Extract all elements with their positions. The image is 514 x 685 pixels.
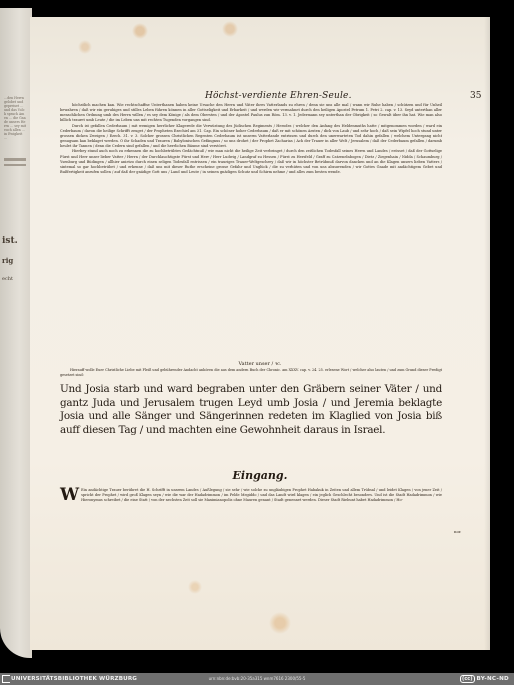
section-title: Eingang. <box>30 469 490 482</box>
footer-bar: UNIVERSITÄTSBIBLIOTHEK WÜRZBURG urn:nbn:… <box>0 673 514 685</box>
running-head: Höchst-verdiente Ehren-Seule. <box>205 91 352 101</box>
body-paragraph: Durch ist gefallen Cederbaum / mit wemig… <box>60 124 442 150</box>
image-viewer[interactable]: …den Herrn gelobet und gepreiset … und d… <box>0 0 514 673</box>
scripture-citation: Hierauff wolle Euer Christliche Liebe mi… <box>60 368 442 377</box>
drop-cap: W <box>60 488 79 503</box>
creative-commons-icon: (cc) <box>460 675 475 683</box>
facing-page-fragment: echt <box>2 276 13 282</box>
prayer-line: Vatter unser / ꝛc. <box>30 361 490 367</box>
scripture-text: Und Josia starb und ward begraben unter … <box>60 383 442 437</box>
page-edge-shadow <box>484 17 490 650</box>
catchword: nor. <box>454 529 461 534</box>
license-link[interactable]: (cc) BY-NC-ND <box>460 675 509 683</box>
facing-page-rule <box>4 158 26 161</box>
body-paragraph: Hierbey stund auch noch zu erkennen die … <box>60 149 442 175</box>
body-paragraph: höchstlich machen kan. Wie rechtschaffne… <box>60 103 442 124</box>
license-label: BY-NC-ND <box>477 675 509 683</box>
facing-page-edge: …den Herrn gelobet und gepreiset … und d… <box>0 8 32 658</box>
page-number: 35 <box>470 91 481 101</box>
facing-page-text: …den Herrn gelobet und gepreiset … und d… <box>4 96 26 156</box>
body-text: höchstlich machen kan. Wie rechtschaffne… <box>60 103 442 175</box>
facing-page-fragment: rig <box>2 256 13 265</box>
intro-text: Ein andächtige Trauer berühret die H. Sc… <box>81 488 442 502</box>
facing-page-rule <box>4 164 26 166</box>
facing-page-fragment: ist. <box>2 236 18 246</box>
urn-identifier[interactable]: urn:nbn:de:bvb:20-35a315 wnm7616 2300/55… <box>0 676 514 681</box>
intro-paragraph: W Ein andächtige Trauer berühret die H. … <box>60 488 442 503</box>
scanned-page: Höchst-verdiente Ehren-Seule. 35 höchstl… <box>30 17 490 650</box>
